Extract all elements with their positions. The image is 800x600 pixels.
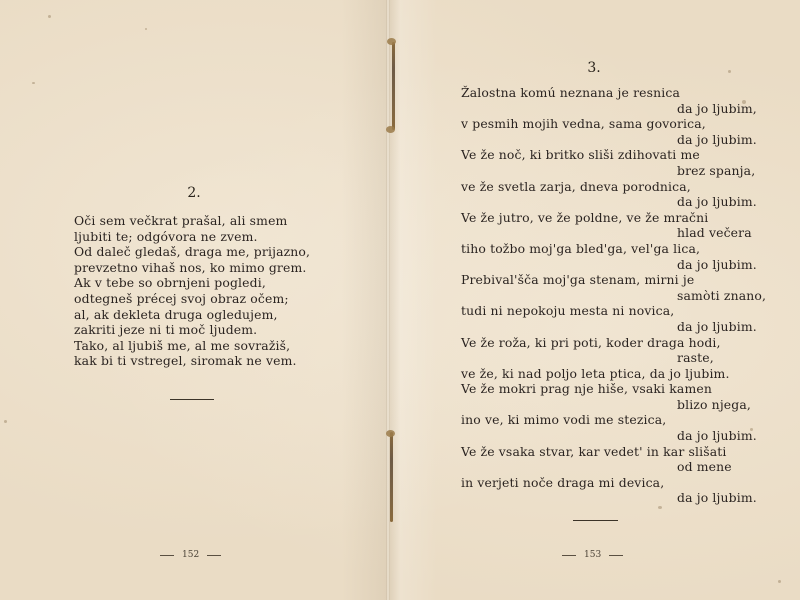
book-spread: 2. Oči sem večkrat prašal, ali smem ljub… xyxy=(0,0,800,600)
poem-line: Ak v tebe so obrnjeni pogledi, xyxy=(74,275,310,291)
poem-line-refrain: da jo ljubim. xyxy=(461,319,766,335)
section-divider xyxy=(170,399,214,400)
poem-line: kak bi ti vstregel, siromak ne vem. xyxy=(74,353,310,369)
poem-line-refrain: da jo ljubim. xyxy=(461,490,766,506)
binding-thread-bottom xyxy=(390,432,393,522)
page-number: 152 xyxy=(182,550,199,560)
poem-line: in verjeti noče draga mi devica, xyxy=(461,475,766,491)
paper-speck xyxy=(48,15,51,18)
binding-knot-icon xyxy=(386,126,395,133)
poem-line: tudi ni nepokoju mesta ni novica, xyxy=(461,303,766,319)
binding-thread-top xyxy=(392,42,395,130)
poem-line-continuation: od mene xyxy=(461,459,766,475)
poem-line: ve že svetla zarja, dneva porodnica, xyxy=(461,179,766,195)
poem-line: Ve že jutro, ve že poldne, ve že mračni xyxy=(461,210,766,226)
poem-line: al, ak dekleta druga ogledujem, xyxy=(74,307,310,323)
paper-speck xyxy=(778,580,781,583)
poem-line: prevzetno vihaš nos, ko mimo grem. xyxy=(74,260,310,276)
paper-speck xyxy=(658,506,662,509)
poem-line: Prebival'šča moj'ga stenam, mirni je xyxy=(461,272,766,288)
poem-line: Ve že mokri prag nje hiše, vsaki kamen xyxy=(461,381,766,397)
paper-speck xyxy=(4,420,7,423)
page-number-right: 153 xyxy=(562,550,623,560)
poem-line-refrain: da jo ljubim, xyxy=(461,101,766,117)
folio-dash xyxy=(207,555,221,556)
poem-line: Ve že noč, ki britko sliši zdihovati me xyxy=(461,147,766,163)
poem-line-refrain: da jo ljubim. xyxy=(461,428,766,444)
poem-line: Ve že vsaka stvar, kar vedet' in kar sli… xyxy=(461,444,766,460)
poem-line-continuation: blizo njega, xyxy=(461,397,766,413)
poem-line: v pesmih mojih vedna, sama govorica, xyxy=(461,116,766,132)
poem-line-refrain: da jo ljubim. xyxy=(461,194,766,210)
poem-line: tiho tožbo moj'ga bled'ga, vel'ga lica, xyxy=(461,241,766,257)
poem-line: Oči sem večkrat prašal, ali smem xyxy=(74,213,310,229)
page-number-left: 152 xyxy=(160,550,221,560)
poem-line-continuation: brez spanja, xyxy=(461,163,766,179)
poem-line-continuation: samòti znano, xyxy=(461,288,766,304)
poem-line: Ve že roža, ki pri poti, koder draga hod… xyxy=(461,335,766,351)
poem-text: Žalostna komú neznana je resnica da jo l… xyxy=(461,85,766,506)
paper-speck xyxy=(145,28,147,30)
poem-line: ve že, ki nad poljo leta ptica, da jo lj… xyxy=(461,366,766,382)
binding-knot-icon xyxy=(387,38,396,45)
folio-dash xyxy=(562,555,576,556)
folio-dash xyxy=(160,555,174,556)
poem-line: ljubiti te; odgóvora ne zvem. xyxy=(74,229,310,245)
poem-line: Od daleč gledaš, draga me, prijazno, xyxy=(74,244,310,260)
poem-line: zakriti jeze ni ti moč ljudem. xyxy=(74,322,310,338)
page-number: 153 xyxy=(584,550,601,560)
poem-line: odtegneš précej svoj obraz očem; xyxy=(74,291,310,307)
poem-text: Oči sem večkrat prašal, ali smem ljubiti… xyxy=(74,213,310,369)
poem-line-refrain: da jo ljubim. xyxy=(461,257,766,273)
section-divider xyxy=(573,520,618,521)
poem-line: Žalostna komú neznana je resnica xyxy=(461,85,766,101)
binding-knot-icon xyxy=(386,430,395,437)
poem-number: 2. xyxy=(0,185,388,201)
poem-line-refrain: da jo ljubim. xyxy=(461,132,766,148)
paper-speck xyxy=(32,82,35,84)
poem-number: 3. xyxy=(388,60,800,76)
poem-line: ino ve, ki mimo vodi me stezica, xyxy=(461,412,766,428)
poem-line-continuation: raste, xyxy=(461,350,766,366)
poem-line: Tako, al ljubiš me, al me sovražiš, xyxy=(74,338,310,354)
folio-dash xyxy=(609,555,623,556)
poem-line-continuation: hlad večera xyxy=(461,225,766,241)
